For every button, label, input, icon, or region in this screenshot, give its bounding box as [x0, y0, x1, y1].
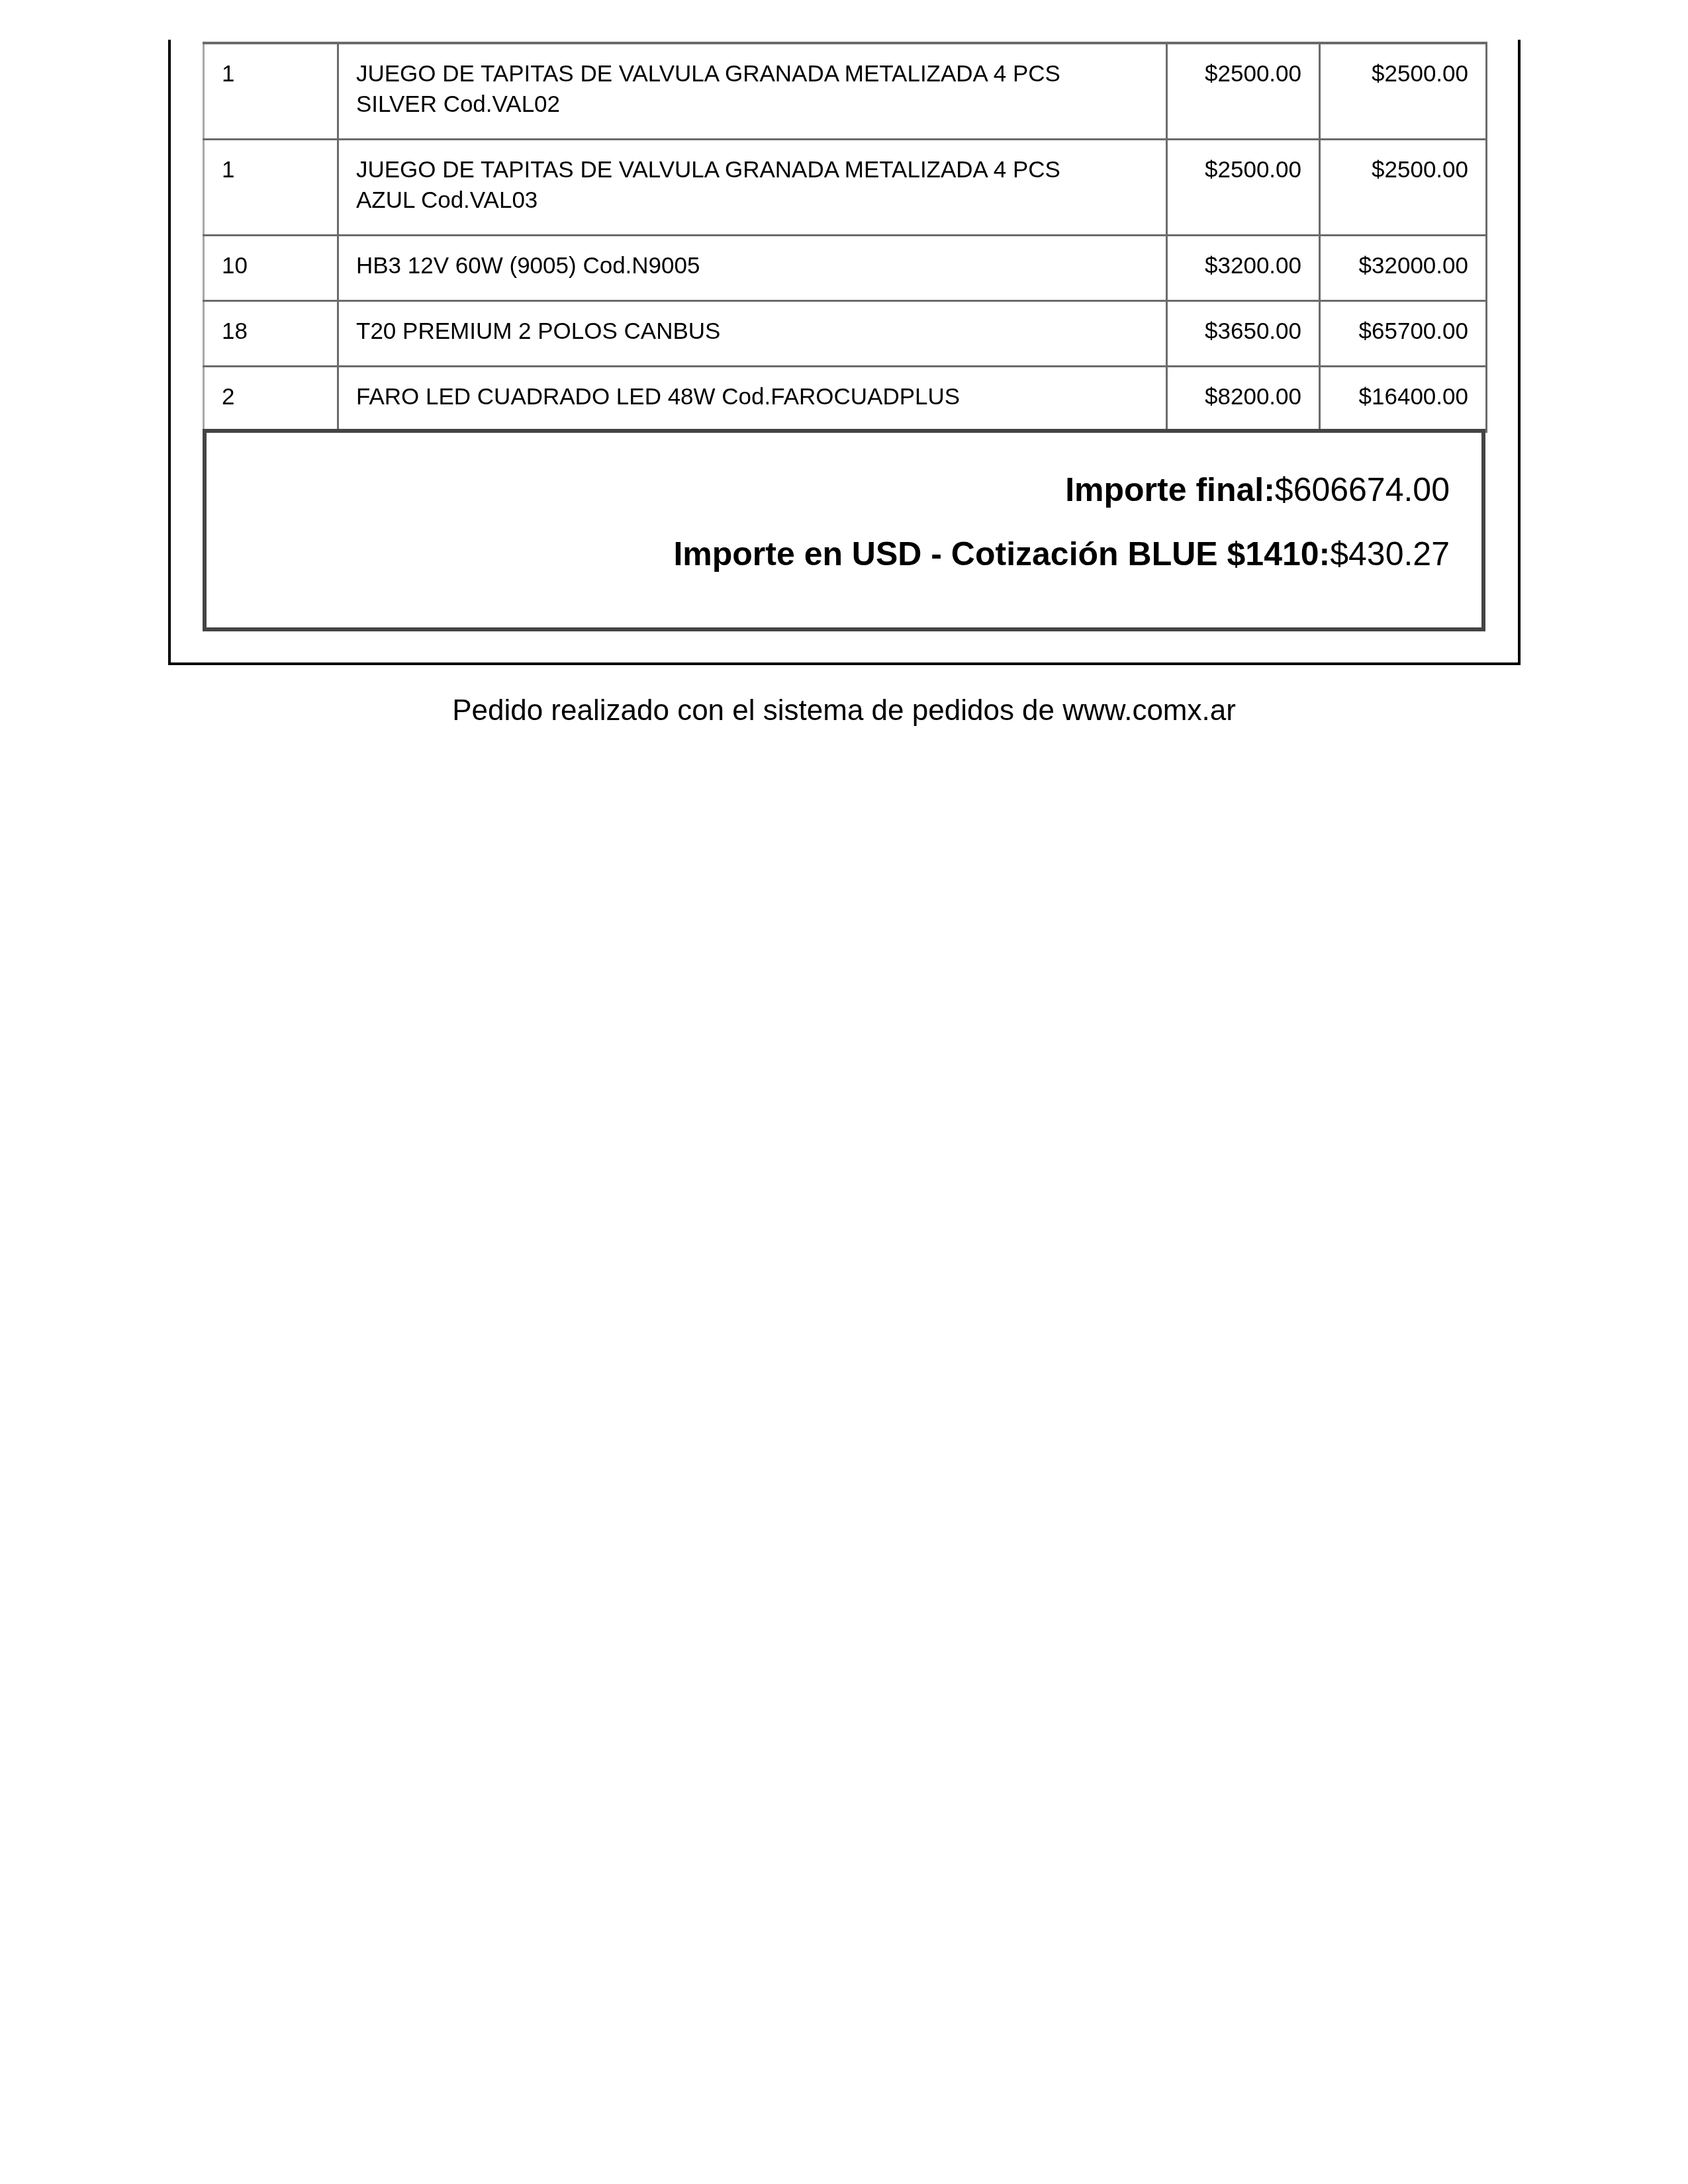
final-amount-value: $606674.00 — [1275, 471, 1450, 508]
usd-amount-value: $430.27 — [1330, 535, 1450, 572]
usd-amount-label: Importe en USD - Cotización BLUE $1410: — [673, 535, 1330, 572]
item-description-line: JUEGO DE TAPITAS DE VALVULA GRANADA META… — [356, 59, 1149, 89]
item-unit-price: $8200.00 — [1167, 366, 1320, 432]
item-description-line: JUEGO DE TAPITAS DE VALVULA GRANADA META… — [356, 155, 1149, 185]
table-row: 1 JUEGO DE TAPITAS DE VALVULA GRANADA ME… — [204, 43, 1487, 139]
final-amount-label: Importe final: — [1065, 471, 1275, 508]
item-total: $32000.00 — [1320, 235, 1487, 300]
order-items-table: 1 JUEGO DE TAPITAS DE VALVULA GRANADA ME… — [203, 42, 1487, 433]
item-qty: 2 — [204, 366, 338, 432]
item-qty: 18 — [204, 300, 338, 366]
item-description: JUEGO DE TAPITAS DE VALVULA GRANADA META… — [338, 43, 1167, 139]
item-description: JUEGO DE TAPITAS DE VALVULA GRANADA META… — [338, 139, 1167, 235]
item-unit-price: $3200.00 — [1167, 235, 1320, 300]
item-description-line: AZUL Cod.VAL03 — [356, 185, 1149, 216]
table-row: 2 FARO LED CUADRADO LED 48W Cod.FAROCUAD… — [204, 366, 1487, 432]
item-qty: 10 — [204, 235, 338, 300]
item-qty: 1 — [204, 43, 338, 139]
totals-box: Importe final:$606674.00 Importe en USD … — [203, 429, 1485, 631]
item-total: $16400.00 — [1320, 366, 1487, 432]
item-description: FARO LED CUADRADO LED 48W Cod.FAROCUADPL… — [338, 366, 1167, 432]
table-row: 1 JUEGO DE TAPITAS DE VALVULA GRANADA ME… — [204, 139, 1487, 235]
final-amount: Importe final:$606674.00 — [1065, 470, 1450, 510]
item-description: HB3 12V 60W (9005) Cod.N9005 — [338, 235, 1167, 300]
item-total: $2500.00 — [1320, 43, 1487, 139]
item-unit-price: $2500.00 — [1167, 139, 1320, 235]
usd-amount: Importe en USD - Cotización BLUE $1410:$… — [673, 534, 1450, 574]
table-row: 10 HB3 12V 60W (9005) Cod.N9005 $3200.00… — [204, 235, 1487, 300]
item-unit-price: $3650.00 — [1167, 300, 1320, 366]
item-total: $2500.00 — [1320, 139, 1487, 235]
item-description: T20 PREMIUM 2 POLOS CANBUS — [338, 300, 1167, 366]
item-qty: 1 — [204, 139, 338, 235]
item-unit-price: $2500.00 — [1167, 43, 1320, 139]
item-total: $65700.00 — [1320, 300, 1487, 366]
table-row: 18 T20 PREMIUM 2 POLOS CANBUS $3650.00 $… — [204, 300, 1487, 366]
item-description-line: SILVER Cod.VAL02 — [356, 89, 1149, 120]
footer-note: Pedido realizado con el sistema de pedid… — [0, 692, 1688, 729]
